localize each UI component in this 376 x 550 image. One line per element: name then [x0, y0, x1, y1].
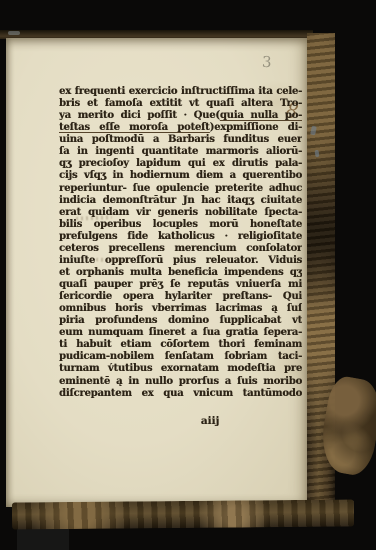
- top-edge-speck: [8, 31, 20, 35]
- text-line: ceteros precellens merencium conſolator: [59, 243, 302, 255]
- text-line: quaſi pauper prēʒ ſe reputās vniuerſa mi: [59, 279, 302, 291]
- signature-mark: aiij: [160, 415, 260, 427]
- text-segment: bris et famoſa extitit vt quaſi altera T…: [59, 98, 302, 109]
- text-segment: )expmiſſione di-: [210, 122, 302, 133]
- text-line: uina poſtmodū a Barbaris funditus euer: [59, 134, 302, 146]
- text-line: omnibus horis vberrimas lacrimas ą ſuſ: [59, 303, 302, 315]
- text-line: et orphanis multa beneficia impendens qʒ: [59, 267, 302, 279]
- scan-photo: 3 8 ex frequenti exercicio inſtructiſſim…: [0, 0, 376, 550]
- text-segment: ya merito dici poſſit · Que(: [59, 110, 220, 121]
- text-line: indicia demonſtrātur Jn hac itaqʒ ciuita…: [59, 195, 302, 207]
- interlinear-annotation: [96, 258, 122, 263]
- text-line: ti habuit etiam cōſortem thori feminam: [59, 339, 302, 351]
- text-segment: prefulgens fide katholicus · religioſita…: [59, 231, 302, 242]
- text-line: bris et famoſa extitit vt quaſi altera T…: [59, 98, 302, 110]
- text-line: bilis operibus locuples morū honeſtate: [59, 219, 302, 231]
- text-line: ya merito dici poſſit · Que(quia nulla p…: [59, 110, 302, 122]
- text-line: qʒ precioſoy lapidum qui ex dirutis pala…: [59, 158, 302, 170]
- text-line: teſtas eſſe moroſa poteſt)expmiſſione di…: [59, 122, 302, 134]
- text-segment: piria profundens domino ſupplicabat vt: [59, 315, 302, 326]
- cover-speck: [315, 150, 320, 157]
- text-segment: ti habuit etiam cōſortem thori feminam: [59, 339, 302, 350]
- text-line: ſa in ingenti quantitate marmoris aliorū…: [59, 146, 302, 158]
- text-line: reperiuntur- ſue opulencie preterite adh…: [59, 183, 302, 195]
- text-line: eminentē ą in nullo prorſus a ſuis morib…: [59, 376, 302, 388]
- text-segment: indicia demonſtrātur Jn hac itaqʒ ciuita…: [59, 195, 302, 206]
- text-line: prefulgens fide katholicus · religioſita…: [59, 231, 302, 243]
- text-line: iniuſte oppreſſorū pius releuator. Vidui…: [59, 255, 302, 267]
- text-segment: turnam v́tutibus exornatam modeſtia pre: [59, 363, 302, 374]
- text-segment: ſericordie opera hylariter preſtans- Qui: [59, 291, 302, 302]
- text-segment: eminentē ą in nullo prorſus a ſuis morib…: [59, 376, 302, 387]
- text-line: eum numquam ſineret a ſua gratia ſepera-: [59, 327, 302, 339]
- text-segment: cijs vſqʒ in hodiernum diem a querentibo: [59, 170, 302, 181]
- text-line: ſericordie opera hylariter preſtans- Qui: [59, 291, 302, 303]
- text-segment: diſcrepantem ex qua vnicum tantūmodo: [59, 388, 302, 399]
- underlined-text: teſtas eſſe moroſa poteſt: [59, 122, 210, 133]
- text-line: diſcrepantem ex qua vnicum tantūmodo: [59, 388, 302, 400]
- underlined-text: quia nulla po-: [220, 110, 302, 121]
- text-line: ex frequenti exercicio inſtructiſſima it…: [59, 86, 302, 98]
- text-line: piria profundens domino ſupplicabat vt: [59, 315, 302, 327]
- text-segment: qʒ precioſoy lapidum qui ex dirutis pala…: [59, 158, 302, 169]
- text-line: cijs vſqʒ in hodiernum diem a querentibo: [59, 170, 302, 182]
- text-segment: reperiuntur- ſue opulencie preterite adh…: [59, 183, 302, 194]
- text-segment: ſa in ingenti quantitate marmoris aliorū…: [59, 146, 302, 157]
- text-block: ex frequenti exercicio inſtructiſſima it…: [59, 86, 302, 400]
- text-segment: omnibus horis vberrimas lacrimas ą ſuſ: [59, 303, 302, 314]
- text-line: pudicam-nobilem ſenſatam ſobriam taci-: [59, 351, 302, 363]
- text-line: turnam v́tutibus exornatam modeſtia pre: [59, 363, 302, 375]
- text-segment: eum numquam ſineret a ſua gratia ſepera-: [59, 327, 302, 338]
- text-segment: pudicam-nobilem ſenſatam ſobriam taci-: [59, 351, 302, 362]
- book-cover-edge-bottom: [12, 500, 354, 530]
- text-segment: bilis operibus locuples morū honeſtate: [59, 219, 302, 230]
- text-segment: quaſi pauper prēʒ ſe reputās vniuerſa mi: [59, 279, 302, 290]
- text-segment: uina poſtmodū a Barbaris funditus euer: [59, 134, 302, 145]
- text-segment: ex frequenti exercicio inſtructiſſima it…: [59, 86, 302, 97]
- folio-number: 3: [262, 53, 272, 71]
- text-segment: et orphanis multa beneficia impendens qʒ: [59, 267, 302, 278]
- text-segment: ceteros precellens merencium conſolator: [59, 243, 302, 254]
